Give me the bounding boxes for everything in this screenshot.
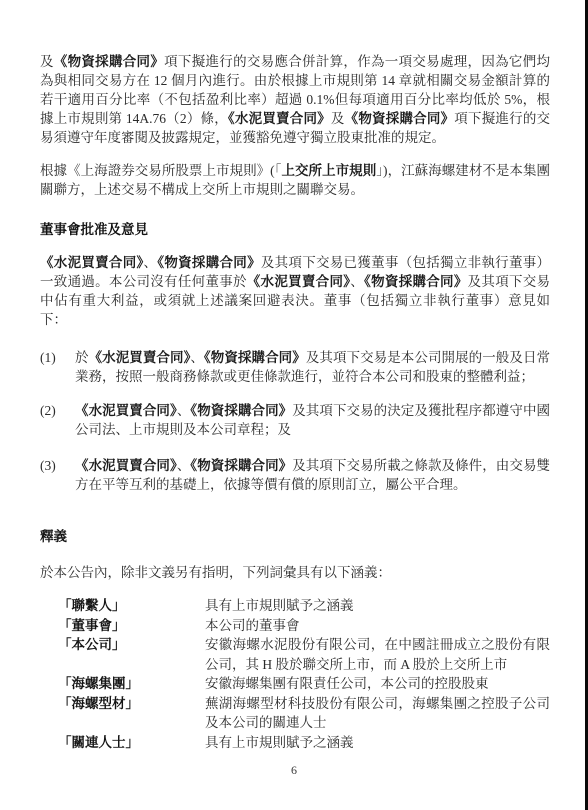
definition-term: 「董事會」 bbox=[58, 616, 205, 636]
contract-title: 《水泥買賣合同》 bbox=[75, 458, 177, 473]
defined-term: 上交所上市規則 bbox=[281, 163, 376, 178]
paragraph-sse-rules: 根據《上海證券交易所股票上市規則》(「上交所上市規則」)，江蘇海螺建材不是本集團… bbox=[40, 161, 550, 199]
list-item-number: (1) bbox=[40, 348, 75, 367]
list-item-text: 《水泥買賣合同》、《物資採購合同》及其項下交易所載之條款及條件，由交易雙方在平等… bbox=[75, 456, 550, 494]
text-segment: 及 bbox=[331, 111, 345, 126]
paragraph-board-approval: 《水泥買賣合同》、《物資採購合同》及其項下交易已獲董事（包括獨立非執行董事）一致… bbox=[40, 253, 550, 329]
section-heading-board-approval: 董事會批准及意見 bbox=[40, 220, 550, 239]
definition-term: 「聯繫人」 bbox=[58, 596, 205, 616]
section-heading-definitions: 釋義 bbox=[40, 527, 550, 546]
definition-term: 「本公司」 bbox=[58, 635, 205, 655]
definition-row: 「關連人士」 具有上市規則賦予之涵義 bbox=[58, 733, 550, 753]
contract-title: 《物資採購合同》 bbox=[190, 403, 292, 418]
list-item-1: (1) 於《水泥買賣合同》、《物資採購合同》及其項下交易是本公司開展的一般及日常… bbox=[40, 348, 550, 386]
text-segment: 根據《上海證券交易所股票上市規則》(「 bbox=[40, 163, 281, 178]
definition-term: 「關連人士」 bbox=[58, 733, 205, 753]
paragraph-definitions-intro: 於本公告內，除非文義另有指明，下列詞彙具有以下涵義： bbox=[40, 563, 550, 582]
definition-row: 「本公司」 安徽海螺水泥股份有限公司，在中國註冊成立之股份有限公司，其 H 股於… bbox=[58, 635, 550, 674]
list-item-number: (3) bbox=[40, 456, 75, 475]
definition-text: 安徽海螺集團有限責任公司，本公司的控股股東 bbox=[205, 674, 550, 694]
definition-text: 安徽海螺水泥股份有限公司，在中國註冊成立之股份有限公司，其 H 股於聯交所上市，… bbox=[205, 635, 550, 674]
contract-title: 《水泥買賣合同》 bbox=[75, 403, 177, 418]
contract-title: 《物資採購合同》 bbox=[190, 458, 292, 473]
list-item-text: 《水泥買賣合同》、《物資採購合同》及其項下交易的決定及獲批程序都遵守中國公司法、… bbox=[75, 401, 550, 439]
contract-title: 《水泥買賣合同》 bbox=[228, 111, 331, 126]
contract-title: 《水泥買賣合同》 bbox=[40, 255, 144, 270]
text-segment: 、 bbox=[144, 255, 158, 270]
definition-row: 「聯繫人」 具有上市規則賦予之涵義 bbox=[58, 596, 550, 616]
contract-title: 《物資採購合同》 bbox=[345, 111, 455, 126]
text-segment: 、 bbox=[177, 403, 191, 418]
text-segment: 及 bbox=[40, 54, 54, 69]
text-segment: 、 bbox=[190, 350, 204, 365]
definition-row: 「董事會」 本公司的董事會 bbox=[58, 616, 550, 636]
contract-title: 《水泥買賣合同》 bbox=[247, 274, 351, 289]
definition-text: 蕪湖海螺型材科技股份有限公司，海螺集團之控股子公司及本公司的關連人士 bbox=[205, 694, 550, 733]
definition-term: 「海螺集團」 bbox=[58, 674, 205, 694]
text-segment: 於 bbox=[75, 350, 89, 365]
definition-row: 「海螺集團」 安徽海螺集團有限責任公司，本公司的控股股東 bbox=[58, 674, 550, 694]
contract-title: 《物資採購合同》 bbox=[157, 255, 261, 270]
contract-title: 《物資採購合同》 bbox=[54, 54, 164, 69]
document-page: 及《物資採購合同》項下擬進行的交易應合併計算，作為一項交易處理，因為它們均為與相… bbox=[0, 0, 588, 810]
text-segment: 、 bbox=[350, 274, 364, 289]
contract-title: 《物資採購合同》 bbox=[364, 274, 468, 289]
definition-text: 具有上市規則賦予之涵義 bbox=[205, 596, 550, 616]
definition-term: 「海螺型材」 bbox=[58, 694, 205, 714]
list-item-text: 於《水泥買賣合同》、《物資採購合同》及其項下交易是本公司開展的一般及日常業務，按… bbox=[75, 348, 550, 386]
definitions-list: 「聯繫人」 具有上市規則賦予之涵義 「董事會」 本公司的董事會 「本公司」 安徽… bbox=[40, 596, 550, 752]
list-item-2: (2) 《水泥買賣合同》、《物資採購合同》及其項下交易的決定及獲批程序都遵守中國… bbox=[40, 401, 550, 439]
definition-row: 「海螺型材」 蕪湖海螺型材科技股份有限公司，海螺集團之控股子公司及本公司的關連人… bbox=[58, 694, 550, 733]
text-segment: 、 bbox=[177, 458, 191, 473]
page-number: 6 bbox=[0, 763, 588, 778]
definition-text: 具有上市規則賦予之涵義 bbox=[205, 733, 550, 753]
page-content: 及《物資採購合同》項下擬進行的交易應合併計算，作為一項交易處理，因為它們均為與相… bbox=[0, 0, 588, 752]
list-item-number: (2) bbox=[40, 401, 75, 420]
contract-title: 《水泥買賣合同》 bbox=[89, 350, 191, 365]
contract-title: 《物資採購合同》 bbox=[204, 350, 306, 365]
definition-text: 本公司的董事會 bbox=[205, 616, 550, 636]
list-item-3: (3) 《水泥買賣合同》、《物資採購合同》及其項下交易所載之條款及條件，由交易雙… bbox=[40, 456, 550, 494]
paragraph-aggregation-rule: 及《物資採購合同》項下擬進行的交易應合併計算，作為一項交易處理，因為它們均為與相… bbox=[40, 52, 550, 147]
